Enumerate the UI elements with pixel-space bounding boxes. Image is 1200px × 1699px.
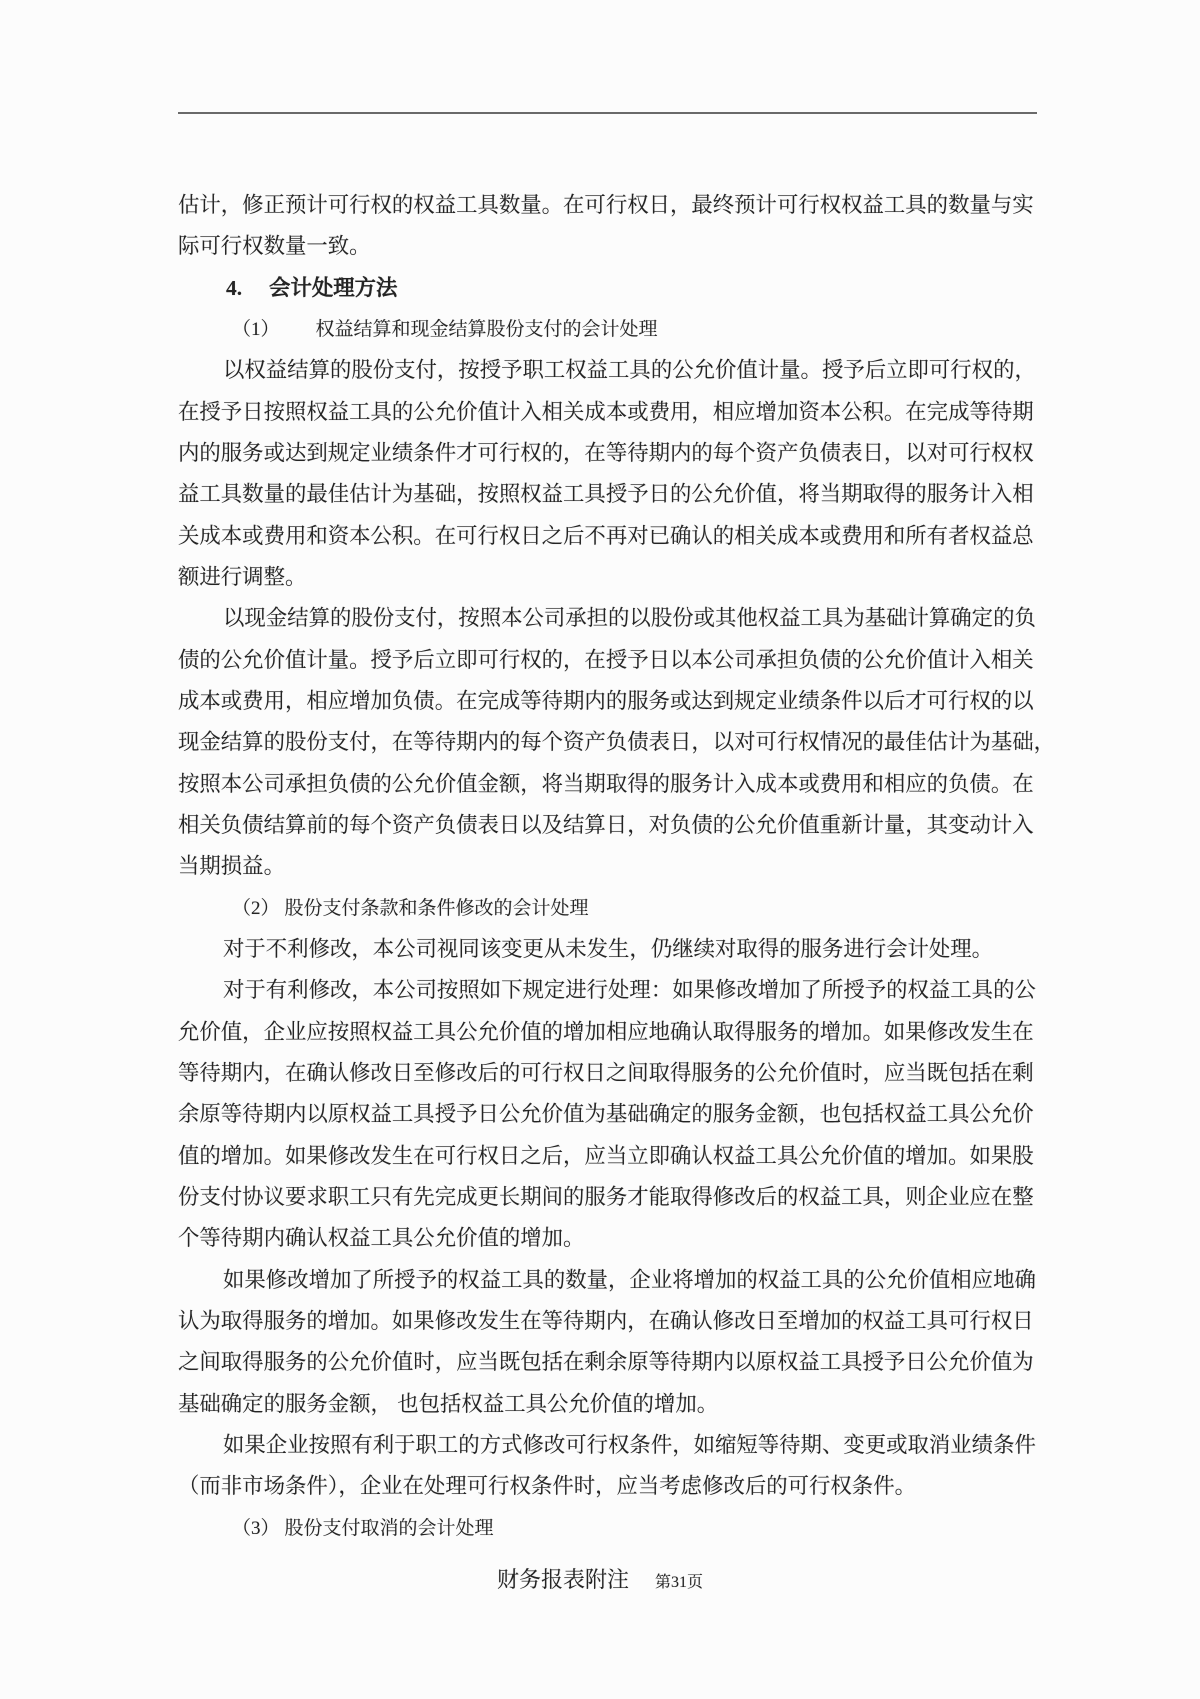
subsection-heading: （2）股份支付条款和条件修改的会计处理 <box>178 888 1058 929</box>
text-line: 对于不利修改，本公司视同该变更从未发生，仍继续对取得的服务进行会计处理。 <box>178 929 1058 970</box>
footer-title: 财务报表附注 <box>497 1563 629 1594</box>
text-line: 估计，修正预计可行权的权益工具数量。在可行权日，最终预计可行权权益工具的数量与实 <box>178 185 1058 226</box>
paragraph: 对于有利修改，本公司按照如下规定进行处理：如果修改增加了所授予的权益工具的公允价… <box>178 970 1058 1259</box>
text-line: 余原等待期内以原权益工具授予日公允价值为基础确定的服务金额，也包括权益工具公允价 <box>178 1094 1058 1135</box>
text-line: 按照本公司承担负债的公允价值金额，将当期取得的服务计入成本或费用和相应的负债。在 <box>178 764 1058 805</box>
paragraph: 估计，修正预计可行权的权益工具数量。在可行权日，最终预计可行权权益工具的数量与实… <box>178 185 1058 268</box>
page-footer: 财务报表附注 第31页 <box>0 1563 1200 1594</box>
subsection-heading: （3）股份支付取消的会计处理 <box>178 1508 1058 1549</box>
text-line: 相关负债结算前的每个资产负债表日以及结算日，对负债的公允价值重新计量，其变动计入 <box>178 805 1058 846</box>
paragraph: 以现金结算的股份支付，按照本公司承担的以股份或其他权益工具为基础计算确定的负债的… <box>178 598 1058 887</box>
text-line: 际可行权数量一致。 <box>178 226 1058 267</box>
text-line: 之间取得服务的公允价值时，应当既包括在剩余原等待期内以原权益工具授予日公允价值为 <box>178 1342 1058 1383</box>
section-heading: 4.会计处理方法 <box>178 268 1058 309</box>
item-title: 股份支付条款和条件修改的会计处理 <box>285 898 589 919</box>
text-line: 现金结算的股份支付，在等待期内的每个资产负债表日，以对可行权情况的最佳估计为基础… <box>178 722 1058 763</box>
text-line: 对于有利修改，本公司按照如下规定进行处理：如果修改增加了所授予的权益工具的公 <box>178 970 1058 1011</box>
item-title: 股份支付取消的会计处理 <box>285 1518 494 1539</box>
text-line: 内的服务或达到规定业绩条件才可行权的，在等待期内的每个资产负债表日，以对可行权权 <box>178 433 1058 474</box>
paragraph: 如果修改增加了所授予的权益工具的数量，企业将增加的权益工具的公允价值相应地确认为… <box>178 1260 1058 1425</box>
item-number: 4. <box>226 276 242 300</box>
text-line: 份支付协议要求职工只有先完成更长期间的服务才能取得修改后的权益工具，则企业应在整 <box>178 1177 1058 1218</box>
text-line: （2）股份支付条款和条件修改的会计处理 <box>178 888 1058 929</box>
item-number: （2） <box>232 898 280 919</box>
text-line: 如果企业按照有利于职工的方式修改可行权条件，如缩短等待期、变更或取消业绩条件 <box>178 1425 1058 1466</box>
text-line: （3）股份支付取消的会计处理 <box>178 1508 1058 1549</box>
item-number: （1） <box>232 319 280 340</box>
text-line: 如果修改增加了所授予的权益工具的数量，企业将增加的权益工具的公允价值相应地确 <box>178 1260 1058 1301</box>
text-line: 基础确定的服务金额， 也包括权益工具公允价值的增加。 <box>178 1384 1058 1425</box>
text-line: 关成本或费用和资本公积。在可行权日之后不再对已确认的相关成本或费用和所有者权益总 <box>178 516 1058 557</box>
text-line: 成本或费用，相应增加负债。在完成等待期内的服务或达到规定业绩条件以后才可行权的以 <box>178 681 1058 722</box>
paragraph: 对于不利修改，本公司视同该变更从未发生，仍继续对取得的服务进行会计处理。 <box>178 929 1058 970</box>
item-title: 会计处理方法 <box>269 276 397 300</box>
text-line: 在授予日按照权益工具的公允价值计入相关成本或费用，相应增加资本公积。在完成等待期 <box>178 392 1058 433</box>
text-line: 债的公允价值计量。授予后立即可行权的，在授予日以本公司承担负债的公允价值计入相关 <box>178 640 1058 681</box>
item-number: （3） <box>232 1518 280 1539</box>
header-rule <box>178 112 1037 114</box>
paragraph: 如果企业按照有利于职工的方式修改可行权条件，如缩短等待期、变更或取消业绩条件（而… <box>178 1425 1058 1508</box>
text-line: 以现金结算的股份支付，按照本公司承担的以股份或其他权益工具为基础计算确定的负 <box>178 598 1058 639</box>
text-line: 等待期内，在确认修改日至修改后的可行权日之间取得服务的公允价值时，应当既包括在剩 <box>178 1053 1058 1094</box>
subsection-heading: （1）权益结算和现金结算股份支付的会计处理 <box>178 309 1058 350</box>
text-line: 允价值，企业应按照权益工具公允价值的增加相应地确认取得服务的增加。如果修改发生在 <box>178 1012 1058 1053</box>
text-line: （而非市场条件），企业在处理可行权条件时，应当考虑修改后的可行权条件。 <box>178 1466 1058 1507</box>
text-line: 认为取得服务的增加。如果修改发生在等待期内，在确认修改日至增加的权益工具可行权日 <box>178 1301 1058 1342</box>
text-line: 额进行调整。 <box>178 557 1058 598</box>
text-line: 值的增加。如果修改发生在可行权日之后，应当立即确认权益工具公允价值的增加。如果股 <box>178 1136 1058 1177</box>
text-line: 当期损益。 <box>178 846 1058 887</box>
item-title: 权益结算和现金结算股份支付的会计处理 <box>316 319 658 340</box>
document-page: 估计，修正预计可行权的权益工具数量。在可行权日，最终预计可行权权益工具的数量与实… <box>0 0 1200 1699</box>
paragraph: 以权益结算的股份支付，按授予职工权益工具的公允价值计量。授予后立即可行权的，在授… <box>178 350 1058 598</box>
footer-page-number: 第31页 <box>655 1569 703 1592</box>
document-content: 估计，修正预计可行权的权益工具数量。在可行权日，最终预计可行权权益工具的数量与实… <box>178 185 1058 1549</box>
text-line: 个等待期内确认权益工具公允价值的增加。 <box>178 1218 1058 1259</box>
text-line: 4.会计处理方法 <box>178 268 1058 309</box>
text-line: 以权益结算的股份支付，按授予职工权益工具的公允价值计量。授予后立即可行权的， <box>178 350 1058 391</box>
text-line: （1）权益结算和现金结算股份支付的会计处理 <box>178 309 1058 350</box>
text-line: 益工具数量的最佳估计为基础，按照权益工具授予日的公允价值，将当期取得的服务计入相 <box>178 474 1058 515</box>
